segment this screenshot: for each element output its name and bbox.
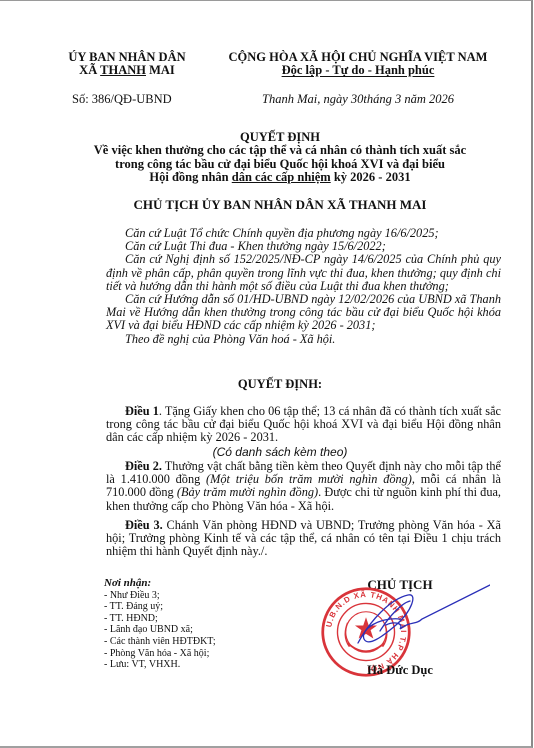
decision-heading: QUYẾT ĐỊNH:: [60, 377, 500, 392]
recipients: Nơi nhận: - Như Điều 3; - TT. Đảng uỷ; -…: [104, 578, 216, 671]
title-line-3: Hội đồng nhân dân các cấp nhiệm kỳ 2026 …: [60, 171, 500, 184]
national-motto: Độc lập - Tự do - Hạnh phúc: [228, 64, 488, 77]
recipient-item: - TT. Đảng uỷ;: [104, 601, 216, 613]
national-header: CỘNG HÒA XÃ HỘI CHỦ NGHĨA VIỆT NAM Độc l…: [228, 51, 488, 77]
recipient-item: - Phòng Văn hóa - Xã hội;: [104, 648, 216, 660]
recipient-item: - Lưu: VT, VHXH.: [104, 659, 216, 671]
signer-name: Hà Đức Dục: [340, 663, 460, 678]
legal-basis: Căn cứ Hướng dẫn số 01/HD-UBND ngày 12/0…: [106, 293, 501, 333]
article-1: Điều 1. Tặng Giấy khen cho 06 tập thể; 1…: [106, 405, 501, 445]
title-heading: QUYẾT ĐỊNH: [60, 131, 500, 144]
recipient-item: - Các thành viên HĐTĐKT;: [104, 636, 216, 648]
agency-line-2: XÃ THANH MAI: [62, 64, 192, 77]
place-date: Thanh Mai, ngày 30tháng 3 năm 2026: [262, 92, 454, 107]
document-title: QUYẾT ĐỊNH Về việc khen thưởng cho các t…: [60, 131, 500, 184]
recipient-item: - Như Điều 3;: [104, 590, 216, 602]
legal-basis: Căn cứ Nghị định số 152/2025/NĐ-CP ngày …: [106, 253, 501, 293]
article-2: Điều 2. Thưởng vật chất bằng tiền kèm th…: [106, 460, 501, 513]
handwritten-signature-icon: [350, 581, 490, 661]
attachment-note: (Có danh sách kèm theo): [60, 445, 500, 459]
issuer-heading: CHỦ TỊCH ỦY BAN NHÂN DÂN XÃ THANH MAI: [60, 197, 500, 213]
title-line-1: Về việc khen thưởng cho các tập thể và c…: [60, 144, 500, 157]
document-number: Số: 386/QĐ-UBND: [72, 92, 172, 107]
recipient-item: - Lãnh đạo UBND xã;: [104, 624, 216, 636]
article-3: Điều 3. Chánh Văn phòng HĐND và UBND; Tr…: [106, 519, 501, 559]
issuing-agency: ÚY BAN NHÂN DÂN XÃ THANH MAI: [62, 51, 192, 77]
legal-bases: Căn cứ Luật Tổ chức Chính quyền địa phươ…: [106, 227, 501, 346]
recipients-heading: Nơi nhận:: [104, 578, 216, 590]
title-line-2: trong công tác bầu cử đại biểu Quốc hội …: [60, 158, 500, 171]
legal-basis: Theo đề nghị của Phòng Văn hoá - Xã hội.: [106, 333, 501, 346]
document-page: ÚY BAN NHÂN DÂN XÃ THANH MAI CỘNG HÒA XÃ…: [0, 0, 533, 748]
recipient-item: - TT. HĐND;: [104, 613, 216, 625]
